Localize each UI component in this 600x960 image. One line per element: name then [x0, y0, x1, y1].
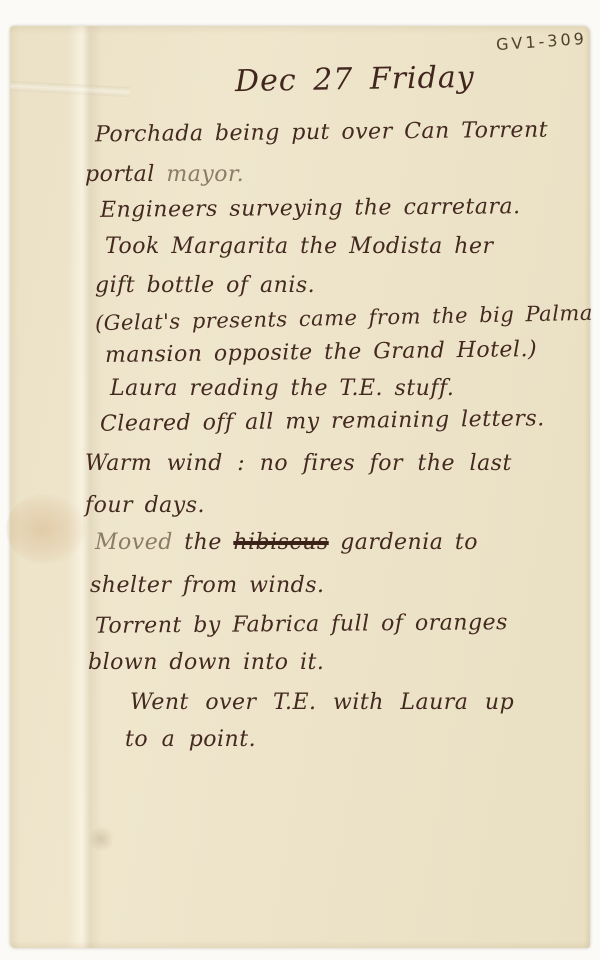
- diary-line: Cleared off all my remaining letters.: [100, 406, 545, 436]
- diary-line: (Gelat's presents came from the big Palm…: [95, 301, 593, 335]
- diary-date-heading: Dec 27 Friday: [235, 60, 475, 99]
- diary-line: Moved the hibiscus gardenia to: [95, 530, 478, 555]
- diary-line-segment-struck-through: hibiscus: [233, 530, 328, 555]
- diary-line: Took Margarita the Modista her: [105, 234, 494, 259]
- diary-line: Warm wind : no fires for the last: [85, 451, 512, 476]
- diary-line: blown down into it.: [88, 650, 324, 675]
- diary-line-segment: portal: [85, 162, 166, 187]
- photographed-diary-page: { "page": { "archive_mark": "GV1-309", "…: [0, 0, 600, 960]
- diary-line: four days.: [85, 493, 205, 518]
- paper-stain: [6, 494, 86, 564]
- diary-line: to a point.: [125, 727, 256, 752]
- diary-line: Porchada being put over Can Torrent: [95, 118, 548, 148]
- diary-line: portal mayor.: [85, 162, 244, 187]
- diary-line-segment-faded: Moved: [95, 530, 173, 555]
- diary-line: mansion opposite the Grand Hotel.): [105, 337, 537, 368]
- manuscript-page: GV1-309 Dec 27 Friday Porchada being put…: [10, 26, 590, 948]
- archive-reference-mark: GV1-309: [495, 29, 587, 54]
- paper-crease: [10, 81, 130, 97]
- diary-line: Engineers surveying the carretara.: [100, 194, 521, 223]
- diary-line: Went over T.E. with Laura up: [130, 690, 514, 715]
- diary-line: Laura reading the T.E. stuff.: [110, 376, 454, 401]
- diary-line: gift bottle of anis.: [95, 273, 315, 298]
- diary-line: Torrent by Fabrica full of oranges: [95, 610, 508, 639]
- diary-line-segment: gardenia to: [329, 530, 478, 555]
- diary-line: shelter from winds.: [90, 573, 325, 598]
- paper-spot: [88, 826, 114, 852]
- diary-line-segment: the: [173, 530, 234, 555]
- diary-line-segment-faded: mayor.: [166, 162, 244, 187]
